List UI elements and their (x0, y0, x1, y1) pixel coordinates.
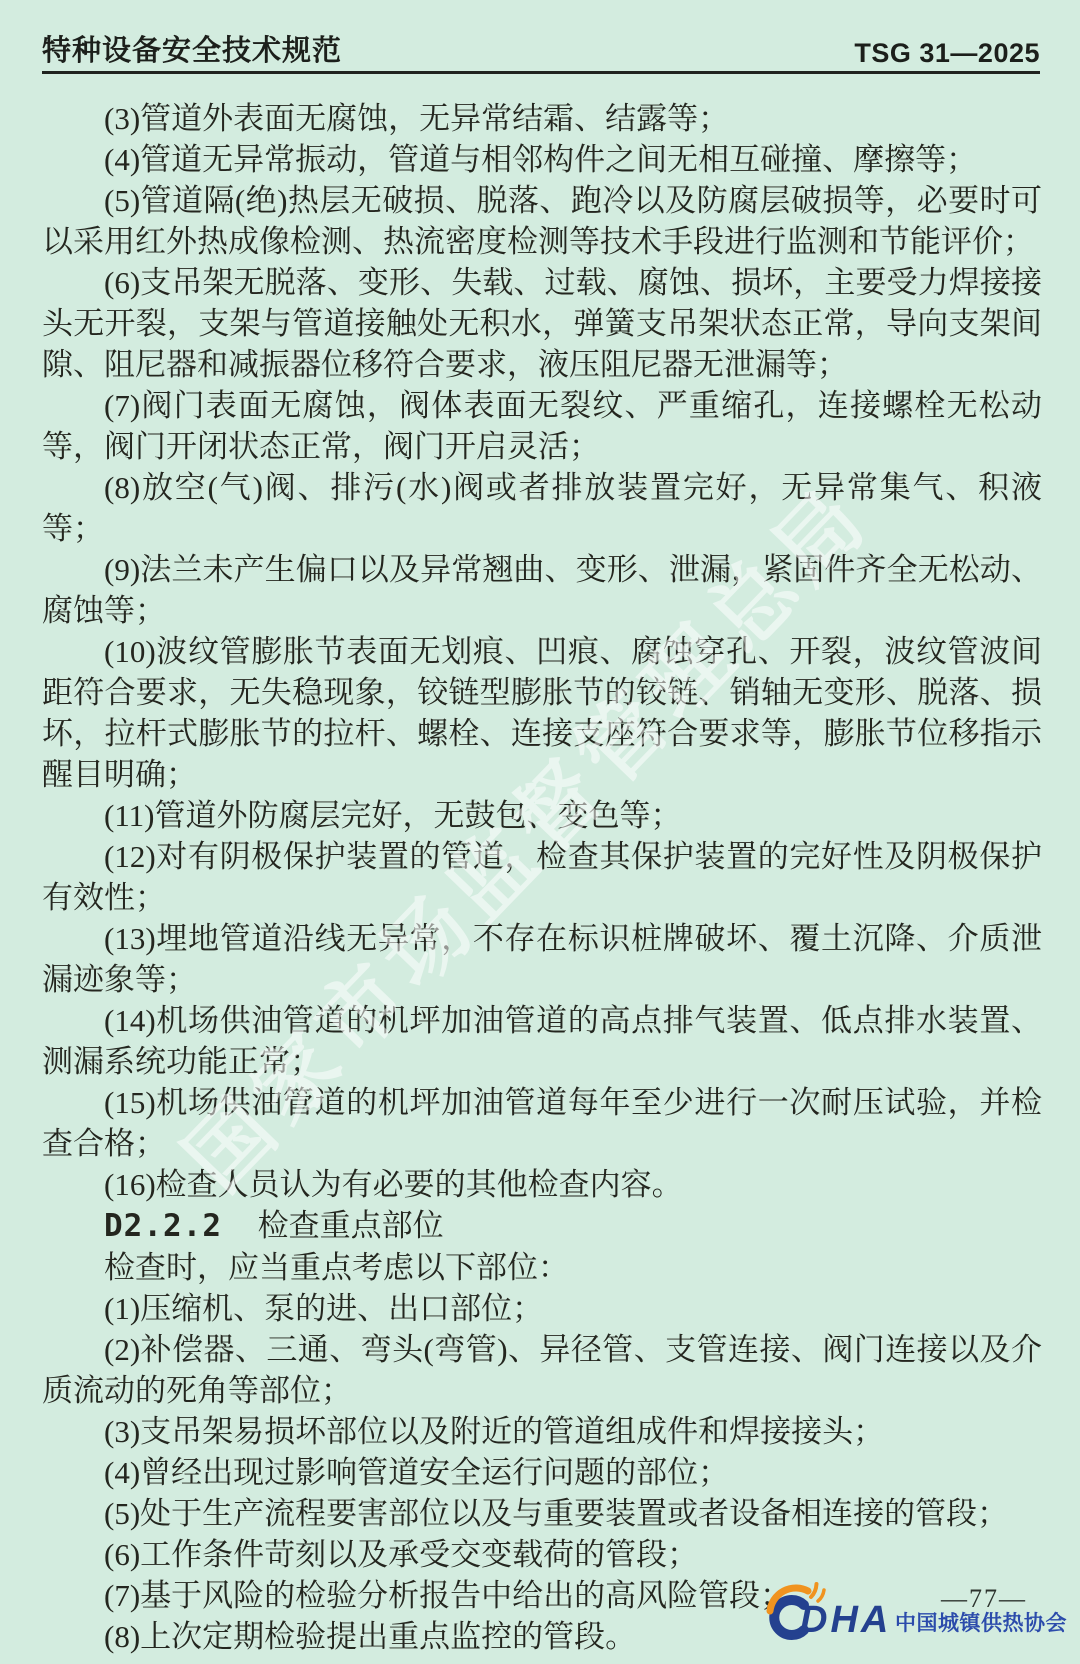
body-paragraph: (4)曾经出现过影响管道安全运行问题的部位； (42, 1452, 1042, 1493)
header-title: 特种设备安全技术规范 (42, 28, 342, 69)
page-header: 特种设备安全技术规范 TSG 31—2025 (42, 28, 1040, 69)
body-paragraph: (3)支吊架易损坏部位以及附近的管道组成件和焊接接头； (42, 1411, 1042, 1452)
header-doc-code: TSG 31—2025 (854, 38, 1040, 69)
body-paragraph: (5)处于生产流程要害部位以及与重要装置或者设备相连接的管段； (42, 1493, 1042, 1534)
body-paragraph: (7)阀门表面无腐蚀，阀体表面无裂纹、严重缩孔，连接螺栓无松动等，阀门开闭状态正… (42, 385, 1042, 467)
section-number: D2.2.2 (104, 1208, 222, 1244)
body-paragraph: (14)机场供油管道的机坪加油管道的高点排气装置、低点排水装置、测漏系统功能正常… (42, 1000, 1042, 1082)
body-paragraph: (7)基于风险的检验分析报告中给出的高风险管段； (42, 1575, 1042, 1616)
body-paragraph: (2)补偿器、三通、弯头(弯管)、异径管、支管连接、阀门连接以及介质流动的死角等… (42, 1329, 1042, 1411)
header-rule (42, 71, 1040, 74)
body-paragraph: (3)管道外表面无腐蚀，无异常结霜、结露等； (42, 98, 1042, 139)
body-paragraph: (15)机场供油管道的机坪加油管道每年至少进行一次耐压试验，并检查合格； (42, 1082, 1042, 1164)
section-heading: D2.2.2检查重点部位 (42, 1205, 1042, 1247)
body-paragraph: (4)管道无异常振动，管道与相邻构件之间无相互碰撞、摩擦等； (42, 139, 1042, 180)
body-paragraph: (11)管道外防腐层完好，无鼓包、变色等； (42, 795, 1042, 836)
section-title: 检查重点部位 (258, 1208, 444, 1243)
body-paragraph: (9)法兰未产生偏口以及异常翘曲、变形、泄漏，紧固件齐全无松动、腐蚀等； (42, 549, 1042, 631)
body-paragraph: (6)支吊架无脱落、变形、失载、过载、腐蚀、损坏，主要受力焊接接头无开裂，支架与… (42, 262, 1042, 385)
body-paragraph: (5)管道隔(绝)热层无破损、脱落、跑冷以及防腐层破损等，必要时可以采用红外热成… (42, 180, 1042, 262)
document-page: 特种设备安全技术规范 TSG 31—2025 (3)管道外表面无腐蚀，无异常结霜… (0, 0, 1080, 1664)
body-paragraph: (8)放空(气)阀、排污(水)阀或者排放装置完好，无异常集气、积液等； (42, 467, 1042, 549)
body-paragraph: (10)波纹管膨胀节表面无划痕、凹痕、腐蚀穿孔、开裂，波纹管波间距符合要求，无失… (42, 631, 1042, 795)
body-paragraph: 检查时，应当重点考虑以下部位： (42, 1247, 1042, 1288)
body-paragraph: (13)埋地管道沿线无异常，不存在标识桩牌破坏、覆土沉降、介质泄漏迹象等； (42, 918, 1042, 1000)
body-paragraph: (1)压缩机、泵的进、出口部位； (42, 1288, 1042, 1329)
body-paragraph: (16)检查人员认为有必要的其他检查内容。 (42, 1164, 1042, 1205)
logo-acronym: DHA (800, 1601, 891, 1639)
body-paragraph: (12)对有阴极保护装置的管道，检查其保护装置的完好性及阴极保护有效性； (42, 836, 1042, 918)
page-number: —77— (941, 1586, 1027, 1612)
body-paragraph: (6)工作条件苛刻以及承受交变载荷的管段； (42, 1534, 1042, 1575)
document-body: (3)管道外表面无腐蚀，无异常结霜、结露等；(4)管道无异常振动，管道与相邻构件… (42, 98, 1042, 1657)
footer-org-name: 中国城镇供热协会 (895, 1611, 1067, 1636)
body-paragraph: (8)上次定期检验提出重点监控的管段。 (42, 1616, 1042, 1657)
